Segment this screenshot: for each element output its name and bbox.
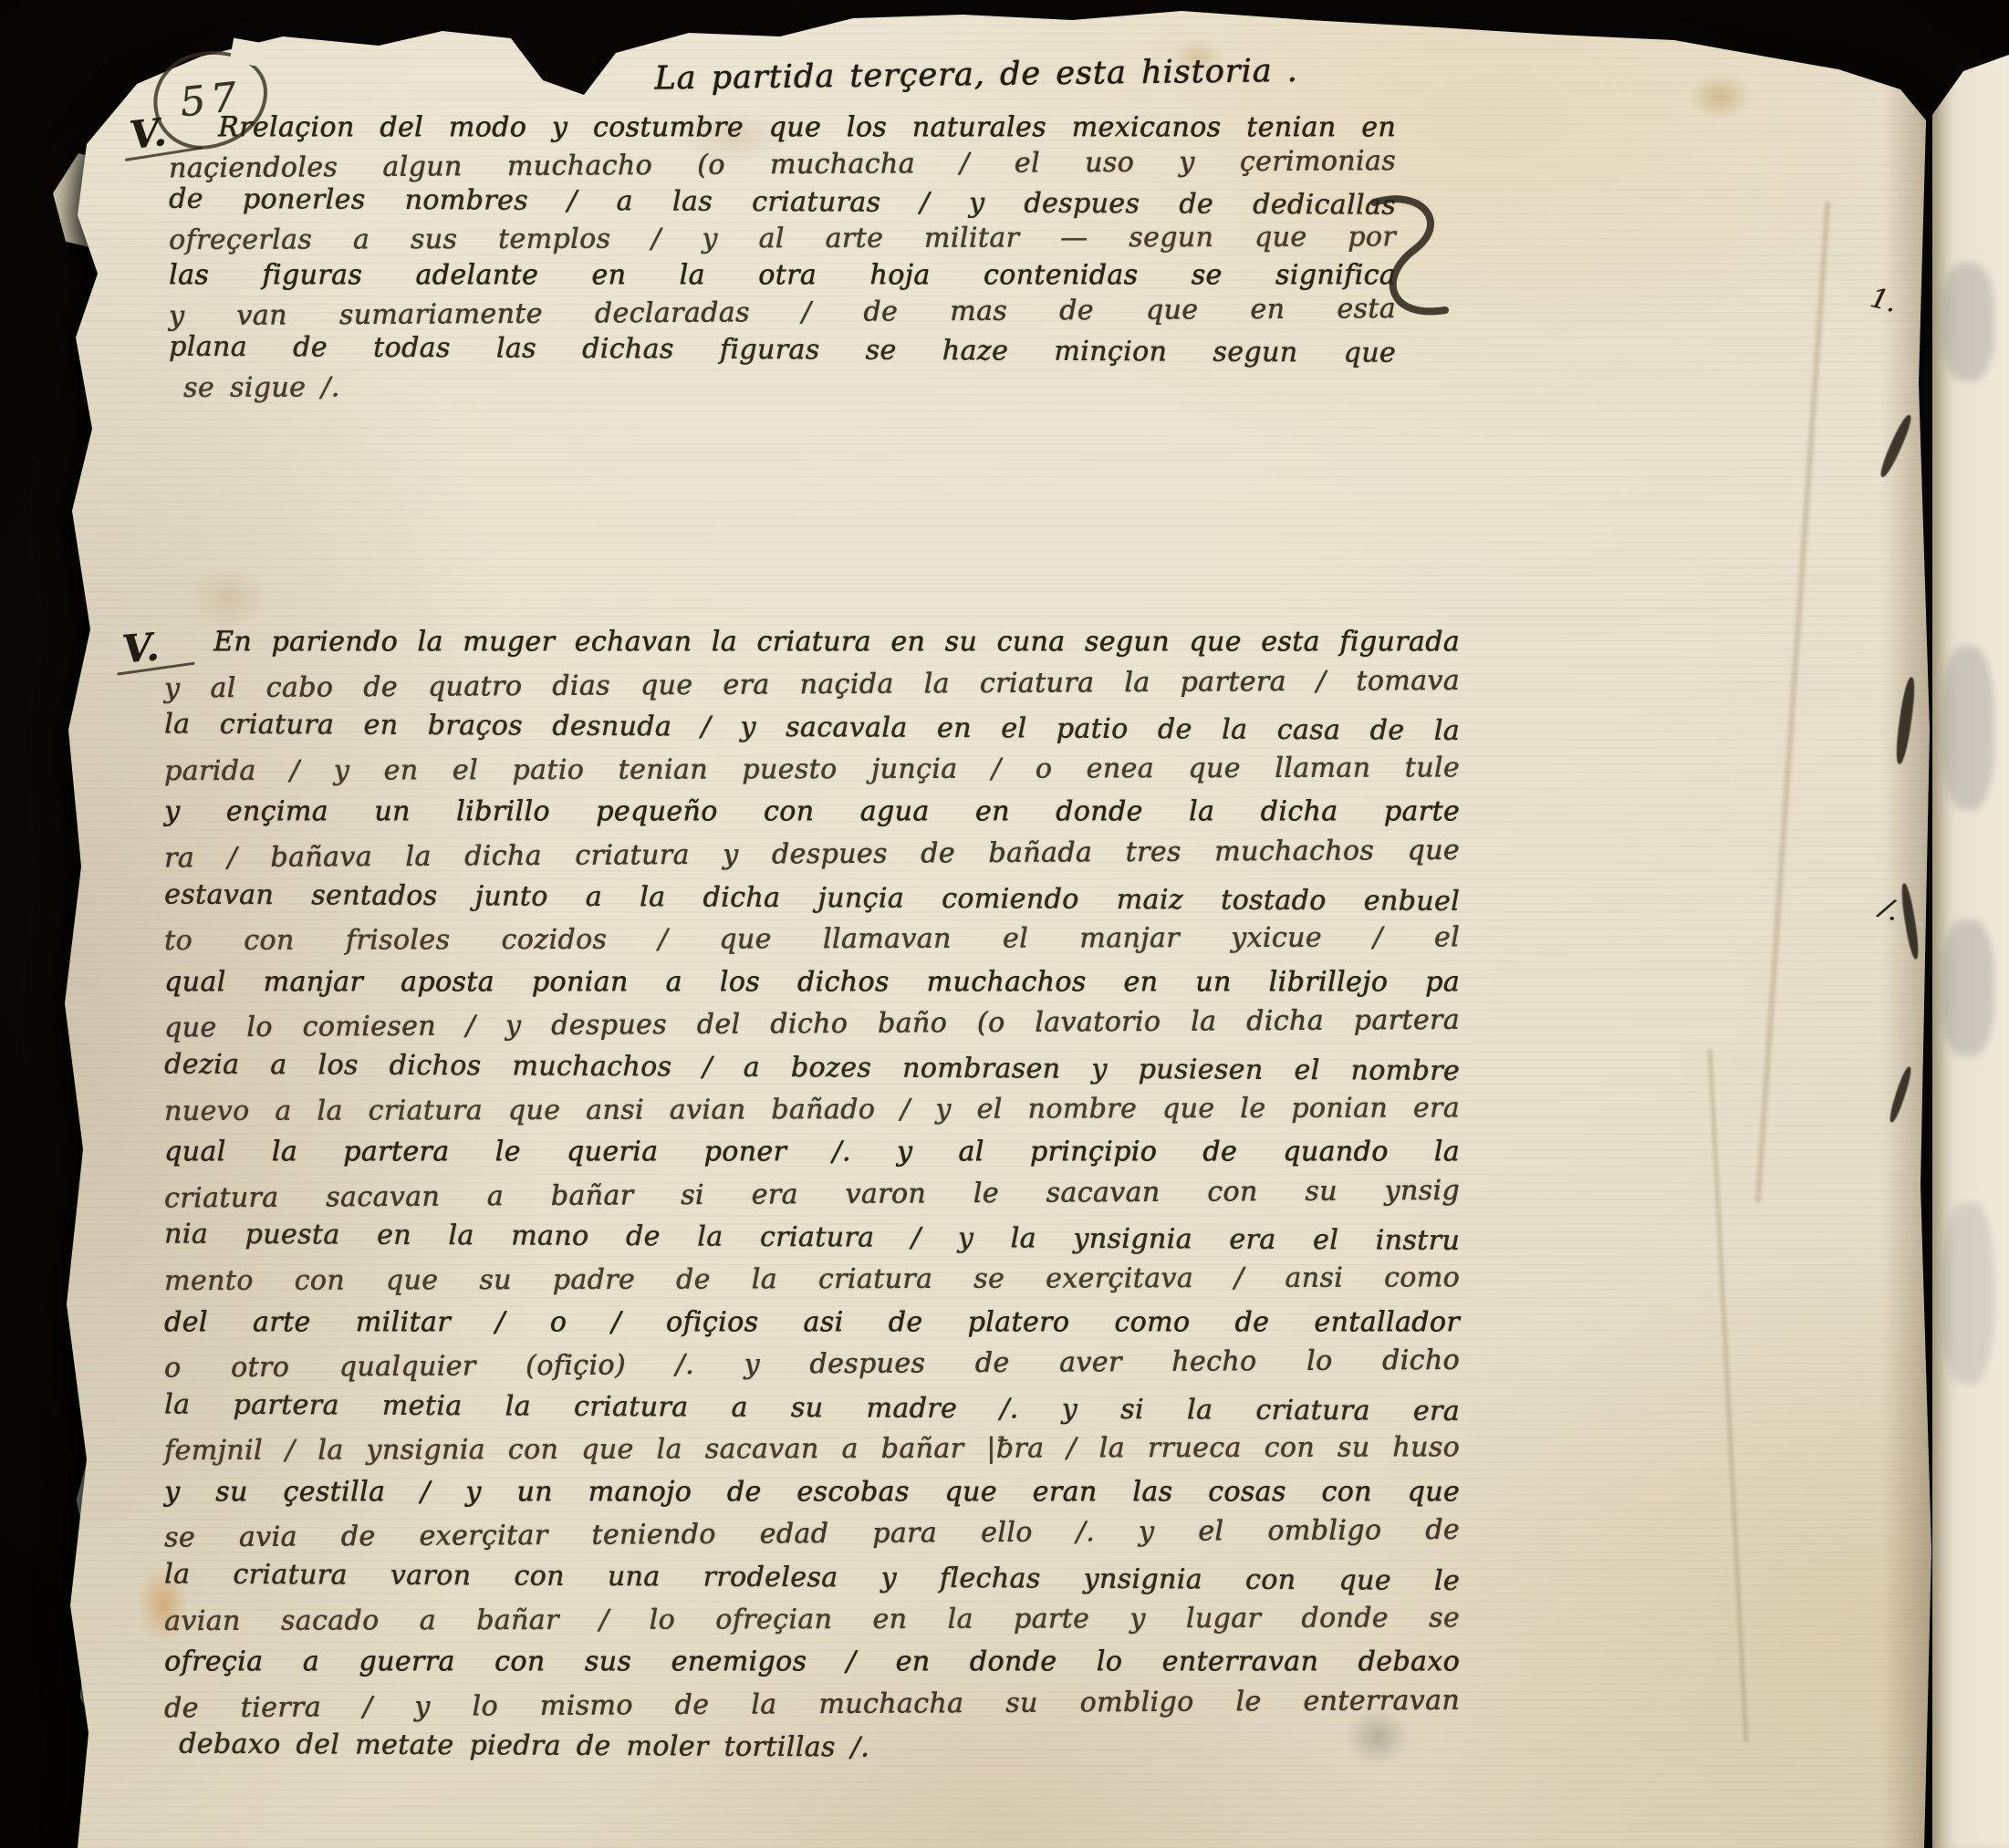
manuscript-line: avian sacado a bañar / lo ofreçian en la… xyxy=(164,1602,1460,1647)
manuscript-line: del arte militar / o / ofiçios asi de pl… xyxy=(164,1306,1460,1349)
manuscript-line: naçiendoles algun muchacho (o muchacha /… xyxy=(169,144,1396,189)
manuscript-line: la partera metia la criatura a su madre … xyxy=(164,1388,1460,1438)
manuscript-line: dezia a los dichos muchachos / a bozes n… xyxy=(164,1048,1460,1097)
manuscript-line: criatura sacavan a bañar si era varon le… xyxy=(164,1174,1460,1224)
manuscript-line: femjnil / la ynsignia con que la sacavan… xyxy=(164,1431,1460,1477)
manuscript-line: y su çestilla / y un manojo de escobas q… xyxy=(164,1476,1460,1519)
manuscript-line: qual la partera le queria poner /. y al … xyxy=(164,1136,1460,1178)
manuscript-line: de ponerles nombres / a las criaturas / … xyxy=(169,182,1396,226)
manuscript-line: qual manjar aposta ponian a los dichos m… xyxy=(164,966,1460,1009)
manuscript-line: parida / y en el patio tenian puesto jun… xyxy=(164,752,1460,797)
paragraph-2: En pariendo la muger echavan la criatura… xyxy=(164,626,1460,1773)
scanned-manuscript-photo: 57 La partida terçera, de esta historia … xyxy=(0,0,2009,1848)
handwriting-layer: 57 La partida terçera, de esta historia … xyxy=(0,0,2009,1848)
manuscript-line: nuevo a la criatura que ansi avian bañad… xyxy=(164,1092,1460,1137)
manuscript-line: se sigue /. xyxy=(169,369,1396,409)
manuscript-line: debaxo del metate piedra de moler tortil… xyxy=(164,1729,1460,1778)
manuscript-line: Rrelaçion del modo y costumbre que los n… xyxy=(169,111,1396,149)
manuscript-line: y van sumariamente declaradas / de mas d… xyxy=(169,292,1396,337)
page-title: La partida terçera, de esta historia . xyxy=(566,52,1387,99)
margin-mark: 1. xyxy=(1867,282,1900,319)
manuscript-line: la criatura varon con una rrodelesa y fl… xyxy=(164,1558,1460,1607)
manuscript-line: la criatura en braços desnuda / y sacava… xyxy=(164,708,1460,757)
manuscript-line: mento con que su padre de la criatura se… xyxy=(164,1261,1460,1307)
paragraph-mark: V. xyxy=(120,628,160,669)
paragraph-mark: V. xyxy=(128,113,168,155)
manuscript-line: estavan sentados junto a la dicha junçia… xyxy=(164,878,1460,928)
manuscript-line: y al cabo de quatro dias que era naçida … xyxy=(164,664,1460,714)
manuscript-line: plana de todas las dichas figuras se haz… xyxy=(169,330,1396,374)
manuscript-line: nia puesta en la mano de la criatura / y… xyxy=(164,1219,1460,1268)
manuscript-line: y ençima un librillo pequeño con agua en… xyxy=(164,795,1460,838)
manuscript-line: En pariendo la muger echavan la criatura… xyxy=(164,626,1460,669)
manuscript-line: ofreçerlas a sus templos / y al arte mil… xyxy=(169,221,1396,261)
manuscript-line: se avia de exerçitar teniendo edad para … xyxy=(164,1514,1460,1564)
paragraph-1: Rrelaçion del modo y costumbre que los n… xyxy=(169,111,1396,407)
manuscript-line: ra / bañava la dicha criatura y despues … xyxy=(164,835,1460,885)
manuscript-line: ofreçia a guerra con sus enemigos / en d… xyxy=(164,1646,1460,1688)
manuscript-line: las figuras adelante en la otra hoja con… xyxy=(169,259,1396,296)
manuscript-line: to con frisoles cozidos / que llamavan e… xyxy=(164,921,1460,967)
margin-mark: /. xyxy=(1876,892,1904,929)
manuscript-line: de tierra / y lo mismo de la muchacha su… xyxy=(164,1685,1460,1735)
manuscript-line: o otro qualquier (ofiçio) /. y despues d… xyxy=(164,1344,1460,1395)
manuscript-line: que lo comiesen / y despues del dicho ba… xyxy=(164,1004,1460,1054)
